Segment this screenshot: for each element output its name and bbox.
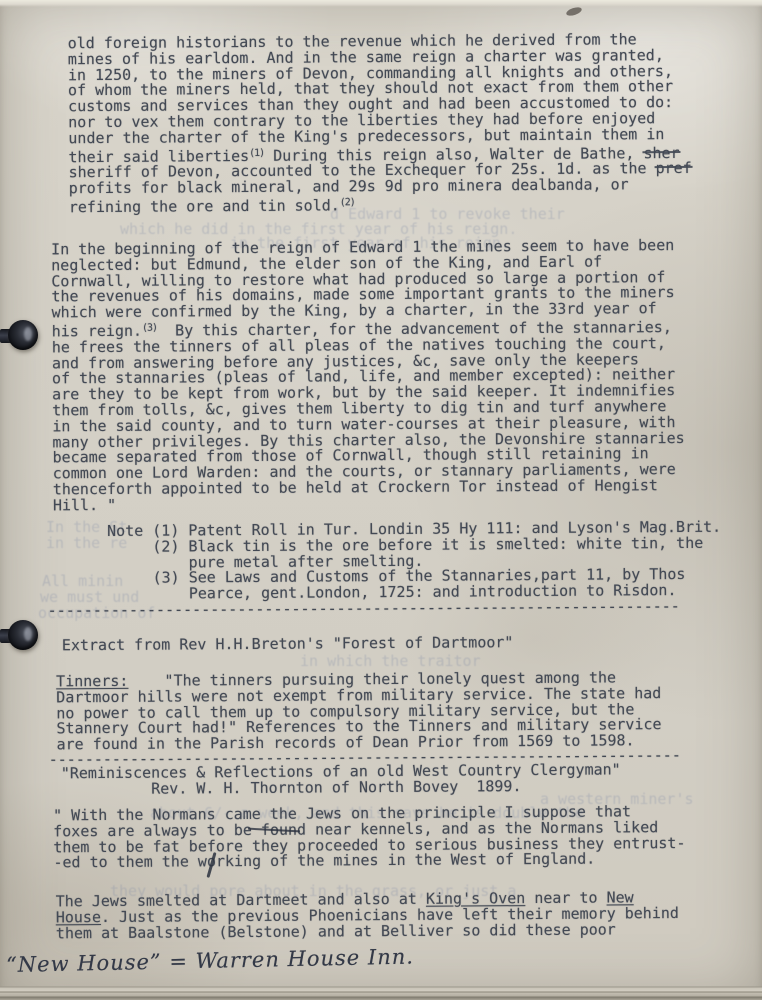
paragraph-jews-smelting: The Jews smelted at Dartmeet and also at… — [56, 890, 679, 942]
underlying-page-edges — [0, 984, 762, 1000]
paragraph-tinners: Tinners: "The tinners pursuing their lon… — [56, 670, 662, 753]
binder-post-head — [8, 320, 38, 350]
paragraph-revenue-charter: old foreign historians to the revenue wh… — [68, 32, 692, 216]
binder-post-head — [8, 620, 38, 650]
reminiscences-heading: "Reminiscences & Reflections of an old W… — [61, 762, 621, 798]
footnotes: Note (1) Patent Roll in Tur. Londin 35 H… — [107, 520, 722, 603]
typed-content: old foreign historians to the revenue wh… — [43, 0, 734, 176]
binder-post-glint — [24, 627, 32, 641]
extract-heading: Extract from Rev H.H.Breton's "Forest of… — [62, 635, 514, 654]
paragraph-edward-charter: In the beginning of the reign of Edward … — [51, 238, 685, 514]
paragraph-normans: " With the Normans came the Jews on the … — [53, 804, 686, 872]
binder-post-glint — [24, 327, 32, 341]
